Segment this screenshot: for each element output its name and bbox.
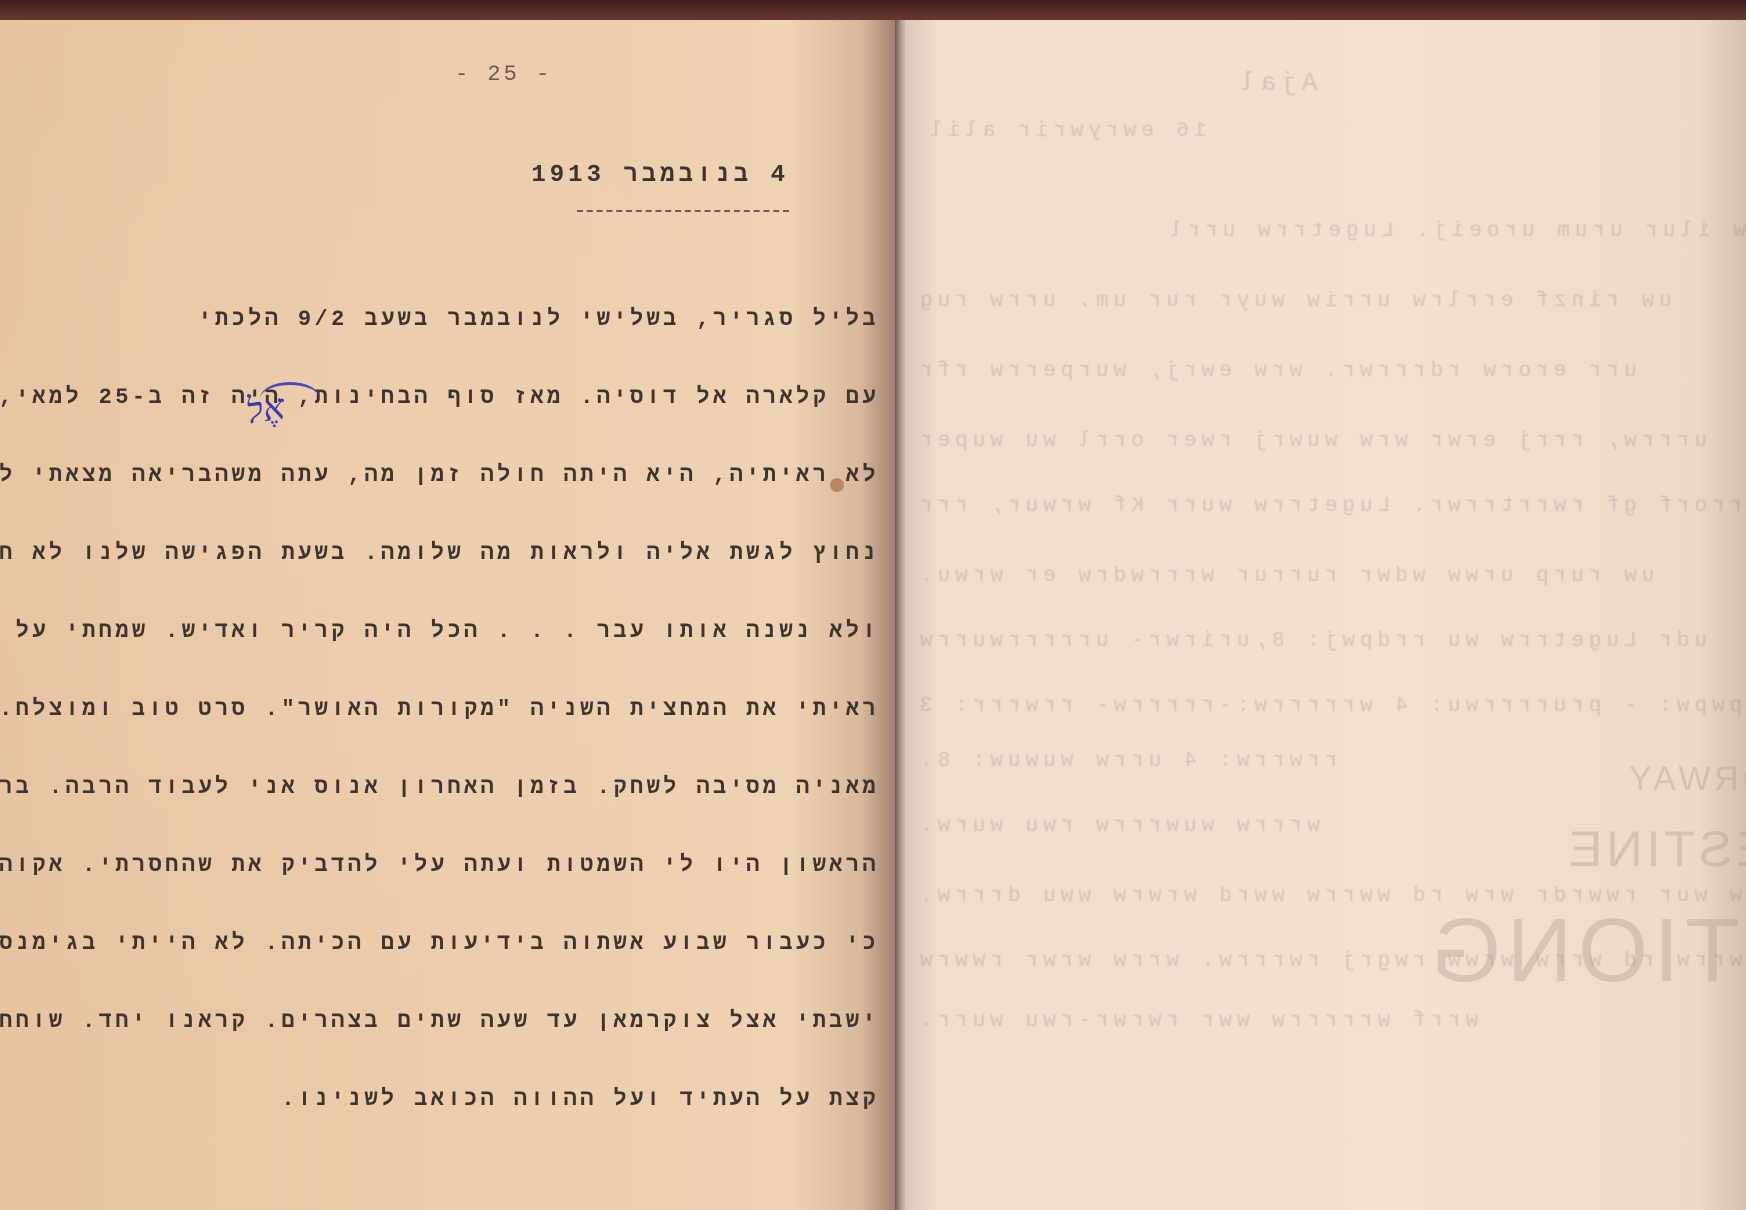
bleed-through-line: wrrf wrrrrrw wwr rwrwr-rwu wurr. <box>915 1010 1478 1033</box>
watermark-text: NORWAY <box>1625 760 1746 799</box>
diary-entry-body: בליל סגריר, בשלישי לנובמבר בשעב 9/2 הלכת… <box>19 302 879 1160</box>
bleed-through-date: 16 ewrywrir alil <box>925 120 1207 143</box>
text-line: ישבתי אצל צוקרמאן עד שעה שתים בצהרים. קר… <box>19 1004 879 1082</box>
watermark-text: ESTINE <box>1565 820 1746 878</box>
entry-date: 4 בנובמבר 1913 <box>531 162 789 189</box>
book-spread: - 25 - 4 בנובמבר 1913 בליל סגריר, בשלישי… <box>0 20 1746 1210</box>
text-line: בליל סגריר, בשלישי לנובמבר בשעב 9/2 הלכת… <box>19 302 879 380</box>
text-line: ראיתי את המחצית השניה "מקורות האושר". סר… <box>19 692 879 770</box>
bleed-through-heading: Ajal <box>1235 68 1317 98</box>
handwritten-annotation: אֶל <box>243 386 287 433</box>
left-page: - 25 - 4 בנובמבר 1913 בליל סגריר, בשלישי… <box>0 20 897 1210</box>
bleed-through-line: urr erorw rdrrrwr. wrw ewrj, wurperrw rf… <box>915 360 1637 383</box>
text-line: ולא נשנה אותו עבר . . . הכל היה קריר ואד… <box>19 614 879 692</box>
text-line: לא ראיתיה, היא היתה חולה זמן מה, עתה משה… <box>19 458 879 536</box>
book-top-edge <box>0 0 1746 22</box>
bleed-through-line: rrorf gf rwrrtrrwr. Lugetrrw wurr Kf wrw… <box>915 495 1742 518</box>
watermark-text: TIONG <box>1425 900 1740 1003</box>
text-line: קצת על העתיד ועל ההווה הכואב לשנינו. <box>19 1082 879 1160</box>
page-number: - 25 - <box>455 62 552 87</box>
bleed-through-line: udr Lugetrrw wu rrdpwj: 8,urirwr- urrrrr… <box>915 630 1707 653</box>
text-line: נחוץ לגשת אליה ולראות מה שלומה. בשעת הפג… <box>19 536 879 614</box>
right-page: Ajal 16 ewrywrir alil mraw ilur urum uro… <box>905 20 1746 1210</box>
text-line: כי כעבור שבוע אשתוה בידיעות עם הכיתה. לא… <box>19 926 879 1004</box>
text-line: הראשון היו לי השמטות ועתה עלי להדביק את … <box>19 848 879 926</box>
date-underline <box>577 210 789 212</box>
bleed-through-line: mraw ilur urum uroeij. Lugetrrw urrl <box>1165 220 1746 243</box>
bleed-through-line: uw rurp urww wdwr rurrur wrrrwdrw er wrw… <box>915 565 1654 588</box>
text-line: מאניה מסיבה לשחק. בזמן האחרון אנוס אני ל… <box>19 770 879 848</box>
ink-stain <box>830 478 844 492</box>
bleed-through-line: rrwrrw: 4 urrw wuwuw: 8. <box>915 750 1337 773</box>
bleed-through-line: urrrw, rrrj erwr wrw wuwrj rwer orrl wu … <box>915 430 1707 453</box>
text-line: עם קלארה אל דוסיה. מאז סוף הבחינות, היה … <box>19 380 879 458</box>
bleed-through-line: uw rinzf errlrw urriw wuyr rur um. urrw … <box>915 290 1672 313</box>
bleed-through-line: wrrrw wuwrrrw rwu wurw. <box>915 815 1320 838</box>
bleed-through-line: wpwpw: - prurrrrwu: 4 wrrrrrw:-rrrrrw- r… <box>915 695 1746 718</box>
